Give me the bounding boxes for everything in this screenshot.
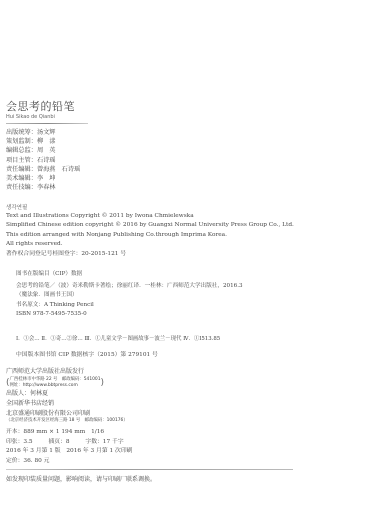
cip-line: （魔法象．图画书王国） <box>16 291 243 300</box>
credit-row: 编辑总监：周 英 <box>6 146 80 155</box>
book-title: 会思考的铅笔 <box>6 98 75 114</box>
credit-role: 编辑总监 <box>6 147 31 154</box>
credit-row: 出版统筹：汤文辉 <box>6 128 80 137</box>
credit-role: 责任编辑 <box>6 166 31 173</box>
credit-name: 李春林 <box>37 184 56 191</box>
credit-role: 责任技编 <box>6 184 31 191</box>
cip-number: 中国版本图书馆 CIP 数据核字（2015）第 279101 号 <box>16 349 158 358</box>
credit-row: 项目主管：石诗瑶 <box>6 156 80 165</box>
spec-sheets: 印张：3.5 <box>6 439 33 445</box>
cip-classification: Ⅰ．①会… Ⅱ．①奇…②徐… Ⅲ．①儿童文学－图画故事－波兰－现代 Ⅳ．①I51… <box>16 334 220 342</box>
publisher-line: 广西师范大学出版社出版发行 <box>6 367 128 377</box>
rights-line: Simplified Chinese edition copyright © 2… <box>6 221 294 230</box>
spec-format: 开本：889 mm × 1 194 mm 1/16 <box>6 428 132 438</box>
spec-price: 定价：36. 80 元 <box>6 457 132 467</box>
specs-block: 开本：889 mm × 1 194 mm 1/16 印张：3.5 插页：8 字数… <box>6 428 132 466</box>
spec-words: 字数：17 千字 <box>85 439 123 445</box>
rights-line: 著作权合同登记号桂图登字：20-2015-121 号 <box>6 250 294 259</box>
credit-role: 策划监制 <box>6 138 31 145</box>
rights-line: Text and Illustrations Copyright © 2011 … <box>6 212 294 221</box>
korean-original-title: 생각연필 <box>6 203 27 211</box>
publisher-person: 出版人：何林夏 <box>6 389 128 399</box>
printer: 北京盛通印刷股份有限公司印刷 <box>6 409 128 419</box>
credit-name: 周 英 <box>37 147 56 154</box>
credit-role: 项目主管 <box>6 157 31 164</box>
credit-row: 责任技编：李春林 <box>6 183 80 192</box>
quality-notice: 如发现印装质量问题，影响阅读，请与印刷厂联系调换。 <box>6 474 156 483</box>
credit-name: 曾海燕 石诗瑶 <box>37 166 80 173</box>
credit-role: 出版统筹 <box>6 129 31 136</box>
cip-isbn: ISBN 978-7-5495-7535-0 <box>16 310 243 319</box>
book-title-pinyin: Hui Sikao de Qianbi <box>6 114 55 120</box>
spec-edition: 2016 年 3 月第 1 版 2016 年 3 月第 1 次印刷 <box>6 447 132 457</box>
rights-block: Text and Illustrations Copyright © 2011 … <box>6 212 294 259</box>
credit-row: 策划监制：柳 漾 <box>6 137 80 146</box>
credits-list: 出版统筹：汤文辉 策划监制：柳 漾 编辑总监：周 英 项目主管：石诗瑶 责任编辑… <box>6 128 80 192</box>
publisher-contact: 广西桂林市中华路 22 号 邮政编码：541001 网址：http://www.… <box>10 377 101 390</box>
copyright-page: 会思考的铅笔 Hui Sikao de Qianbi 出版统筹：汤文辉 策划监制… <box>0 0 375 517</box>
credit-role: 美术编辑 <box>6 175 31 182</box>
credit-name: 李 坤 <box>37 175 56 182</box>
publisher-block: 广西师范大学出版社出版发行 ( 广西桂林市中华路 22 号 邮政编码：54100… <box>6 367 128 425</box>
printer-address: （北京经济技术开发区经海三路 18 号 邮政编码：100176） <box>6 418 128 424</box>
cip-line: 会思考的铅笔／（波）奇米勒斯卡著绘；徐丽红译．一桂林：广西师范大学出版社，201… <box>16 282 243 291</box>
cip-heading: 图书在版编目（CIP）数据 <box>16 270 243 279</box>
spec-plates: 插页：8 <box>48 439 69 445</box>
cip-line: 书名原文：A Thinking Pencil <box>16 301 243 310</box>
credit-row: 美术编辑：李 坤 <box>6 174 80 183</box>
rights-line: This edition arranged with Nonjang Publi… <box>6 231 294 240</box>
distributor: 全国新华书店经销 <box>6 399 128 409</box>
credit-name: 柳 漾 <box>37 138 56 145</box>
spec-sheets-row: 印张：3.5 插页：8 字数：17 千字 <box>6 438 132 448</box>
rights-line: All rights reserved. <box>6 240 294 249</box>
publisher-address-group: ( 广西桂林市中华路 22 号 邮政编码：541001 网址：http://ww… <box>6 377 128 390</box>
cip-data-block: 图书在版编目（CIP）数据 会思考的铅笔／（波）奇米勒斯卡著绘；徐丽红译．一桂林… <box>16 270 243 319</box>
credit-name: 汤文辉 <box>37 129 56 136</box>
bottom-divider <box>6 469 293 470</box>
right-brace: ) <box>101 377 105 389</box>
credit-row: 责任编辑：曾海燕 石诗瑶 <box>6 165 80 174</box>
title-divider <box>6 123 88 124</box>
credit-name: 石诗瑶 <box>37 157 56 164</box>
